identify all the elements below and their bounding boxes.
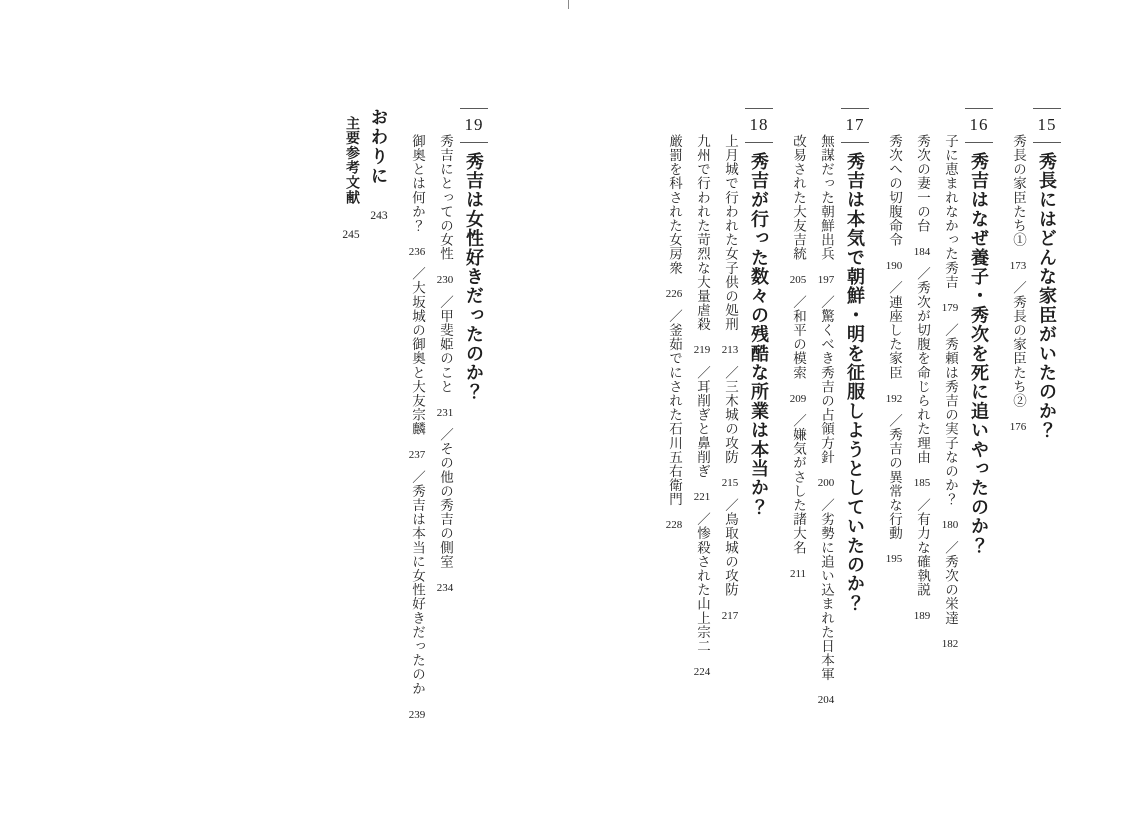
toc-entry-label: ／有力な確執説 [915, 498, 930, 597]
toc-entry-page: 211 [790, 560, 806, 588]
toc-entry-page: 173 [1010, 252, 1027, 280]
toc-entry-page: 195 [886, 545, 903, 573]
toc-entry-label: ／三木城の攻防 [723, 365, 738, 464]
chapter-17-entries-col-2: 改易された大友吉統205／和平の模索209／嫌気がさした諸大名211 [784, 108, 812, 753]
toc-entry-page: 219 [694, 336, 711, 364]
backmatter-section: おわりに243 主要参考文献245 [337, 108, 393, 753]
toc-entry-page: 236 [409, 238, 426, 266]
toc-entry-label: ／その他の秀吉の側室 [438, 428, 453, 569]
chapter-16-title: 秀吉はなぜ養子・秀次を死に追いやったのか？ [969, 152, 989, 555]
chapter-16-entries-col-1: 子に恵まれなかった秀吉179／秀頼は秀吉の実子なのか？180／秀次の栄達182 [936, 108, 964, 753]
fold-mark-icon [568, 0, 569, 9]
toc-entry-label: ／驚くべき秀吉の占領方針 [819, 295, 834, 464]
toc-entry-label: ／劣勢に追い込まれた日本軍 [819, 498, 834, 681]
toc-entry-label: 九州で行われた苛烈な大量虐殺 [695, 134, 710, 331]
toc-entry-label: 秀吉にとっての女性 [438, 134, 453, 261]
toc-entry-label: ／耳削ぎと鼻削ぎ [695, 365, 710, 478]
toc-entry-page: 215 [722, 469, 739, 497]
toc-entry-page: 239 [409, 701, 426, 729]
chapter-19-entries-col-1: 秀吉にとっての女性230／甲斐姫のこと231／その他の秀吉の側室234 [431, 108, 459, 753]
toc-entry-page: 237 [409, 441, 426, 469]
toc-entry-label: ／甲斐姫のこと [438, 295, 453, 394]
chapter-17-title-column: 17秀吉は本気で朝鮮・明を征服しようとしていたのか？ [840, 108, 870, 753]
toc-entry-page: 197 [818, 266, 835, 294]
afterword-page: 243 [370, 202, 387, 230]
toc-entry-label: ／釜茹でにされた石川五右衛門 [667, 309, 682, 506]
toc-entry-page: 179 [942, 294, 959, 322]
book-toc-spread: 15秀長にはどんな家臣がいたのか？ 秀長の家臣たち①173／秀長の家臣たち②17… [0, 0, 1137, 838]
toc-entry-label: 秀次への切腹命令 [887, 134, 902, 247]
chapter-19-entries-col-2: 御奥とは何か？236／大坂城の御奥と大友宗麟237／秀吉は本当に女性好きだったの… [403, 108, 431, 753]
toc-entry-page: 228 [666, 511, 683, 539]
toc-entry-page: 221 [694, 483, 711, 511]
toc-entry-label: ／鳥取城の攻防 [723, 498, 738, 597]
chapter-18-entries-col-3: 厳罰を科された女房衆226／釜茹でにされた石川五右衛門228 [660, 108, 688, 753]
afterword-label: おわりに [369, 108, 389, 186]
toc-entry-page: 180 [942, 511, 959, 539]
toc-entry-label: 厳罰を科された女房衆 [667, 134, 682, 275]
chapter-16-entries-col-2: 秀次の妻一の台184／秀次が切腹を命じられた理由185／有力な確執説189 [908, 108, 936, 753]
chapter-15-number: 15 [1033, 108, 1061, 143]
toc-entry-page: 192 [886, 385, 903, 413]
toc-entry-page: 204 [818, 686, 835, 714]
chapter-18-entries-col-2: 九州で行われた苛烈な大量虐殺219／耳削ぎと鼻削ぎ221／惨殺された山上宗二22… [688, 108, 716, 753]
toc-entry-page: 190 [886, 252, 903, 280]
toc-page-left: 19秀吉は女性好きだったのか？ 秀吉にとっての女性230／甲斐姫のこと231／そ… [319, 108, 489, 753]
toc-entry-page: 205 [790, 266, 807, 294]
toc-entry-label: ／秀長の家臣たち② [1011, 281, 1026, 408]
chapter-18-title: 秀吉が行った数々の残酷な所業は本当か？ [749, 152, 769, 517]
toc-entry-label: ／惨殺された山上宗二 [695, 512, 710, 653]
chapter-17-number: 17 [841, 108, 869, 143]
toc-entry-label: 改易された大友吉統 [791, 134, 806, 261]
chapter-15-title: 秀長にはどんな家臣がいたのか？ [1037, 152, 1057, 440]
toc-entry-page: 213 [722, 336, 739, 364]
toc-entry-label: ／秀次の栄達 [943, 540, 958, 625]
toc-entry-label: ／大坂城の御奥と大友宗麟 [410, 267, 425, 436]
toc-entry-page: 185 [914, 469, 931, 497]
chapter-19-number: 19 [460, 108, 488, 143]
toc-entry-page: 230 [437, 266, 454, 294]
toc-entry-label: ／嫌気がさした諸大名 [791, 414, 806, 555]
chapter-16-entries-col-3: 秀次への切腹命令190／連座した家臣192／秀吉の異常な行動195 [880, 108, 908, 753]
chapter-16-title-column: 16秀吉はなぜ養子・秀次を死に追いやったのか？ [964, 108, 994, 753]
toc-entry-page: 234 [437, 574, 454, 602]
chapter-15: 15秀長にはどんな家臣がいたのか？ 秀長の家臣たち①173／秀長の家臣たち②17… [1004, 108, 1062, 753]
toc-entry-page: 189 [914, 602, 931, 630]
toc-entry-label: ／秀次が切腹を命じられた理由 [915, 267, 930, 464]
references-entry: 主要参考文献245 [337, 108, 365, 753]
chapter-19-title-column: 19秀吉は女性好きだったのか？ [459, 108, 489, 753]
chapter-16-number: 16 [965, 108, 993, 143]
chapter-19-title: 秀吉は女性好きだったのか？ [464, 152, 484, 402]
chapter-18: 18秀吉が行った数々の残酷な所業は本当か？ 上月城で行われた女子供の処刑213／… [660, 108, 774, 753]
toc-entry-label: 秀次の妻一の台 [915, 134, 930, 233]
toc-entry-label: 秀長の家臣たち① [1011, 134, 1026, 247]
toc-entry-page: 217 [722, 602, 739, 630]
chapter-15-title-column: 15秀長にはどんな家臣がいたのか？ [1032, 108, 1062, 753]
toc-entry-page: 200 [818, 469, 835, 497]
toc-entry-label: ／連座した家臣 [887, 281, 902, 380]
references-page: 245 [342, 221, 359, 249]
toc-entry-page: 184 [914, 238, 931, 266]
toc-entry-label: 御奥とは何か？ [410, 134, 425, 233]
toc-entry-label: ／和平の模索 [791, 295, 806, 380]
chapter-18-title-column: 18秀吉が行った数々の残酷な所業は本当か？ [744, 108, 774, 753]
toc-entry-label: 子に恵まれなかった秀吉 [943, 134, 958, 289]
toc-entry-label: ／秀頼は秀吉の実子なのか？ [943, 323, 958, 506]
toc-entry-page: 182 [942, 630, 959, 658]
toc-page-right: 15秀長にはどんな家臣がいたのか？ 秀長の家臣たち①173／秀長の家臣たち②17… [650, 108, 1062, 753]
toc-entry-label: 上月城で行われた女子供の処刑 [723, 134, 738, 331]
chapter-18-entries-col-1: 上月城で行われた女子供の処刑213／三木城の攻防215／鳥取城の攻防217 [716, 108, 744, 753]
chapter-15-entries-col-1: 秀長の家臣たち①173／秀長の家臣たち②176 [1004, 108, 1032, 753]
toc-entry-label: ／秀吉は本当に女性好きだったのか [410, 470, 425, 696]
chapter-19: 19秀吉は女性好きだったのか？ 秀吉にとっての女性230／甲斐姫のこと231／そ… [403, 108, 489, 753]
chapter-17: 17秀吉は本気で朝鮮・明を征服しようとしていたのか？ 無謀だった朝鮮出兵197／… [784, 108, 870, 753]
toc-entry-label: 無謀だった朝鮮出兵 [819, 134, 834, 261]
toc-entry-label: ／秀吉の異常な行動 [887, 414, 902, 541]
chapter-18-number: 18 [745, 108, 773, 143]
toc-entry-page: 224 [694, 658, 711, 686]
toc-entry-page: 176 [1010, 413, 1027, 441]
chapter-17-entries-col-1: 無謀だった朝鮮出兵197／驚くべき秀吉の占領方針200／劣勢に追い込まれた日本軍… [812, 108, 840, 753]
toc-entry-page: 226 [666, 280, 683, 308]
references-label: 主要参考文献 [344, 116, 359, 205]
toc-entry-page: 231 [437, 399, 454, 427]
toc-entry-page: 209 [790, 385, 807, 413]
chapter-17-title: 秀吉は本気で朝鮮・明を征服しようとしていたのか？ [845, 152, 865, 613]
afterword-entry: おわりに243 [365, 108, 393, 753]
chapter-16: 16秀吉はなぜ養子・秀次を死に追いやったのか？ 子に恵まれなかった秀吉179／秀… [880, 108, 994, 753]
